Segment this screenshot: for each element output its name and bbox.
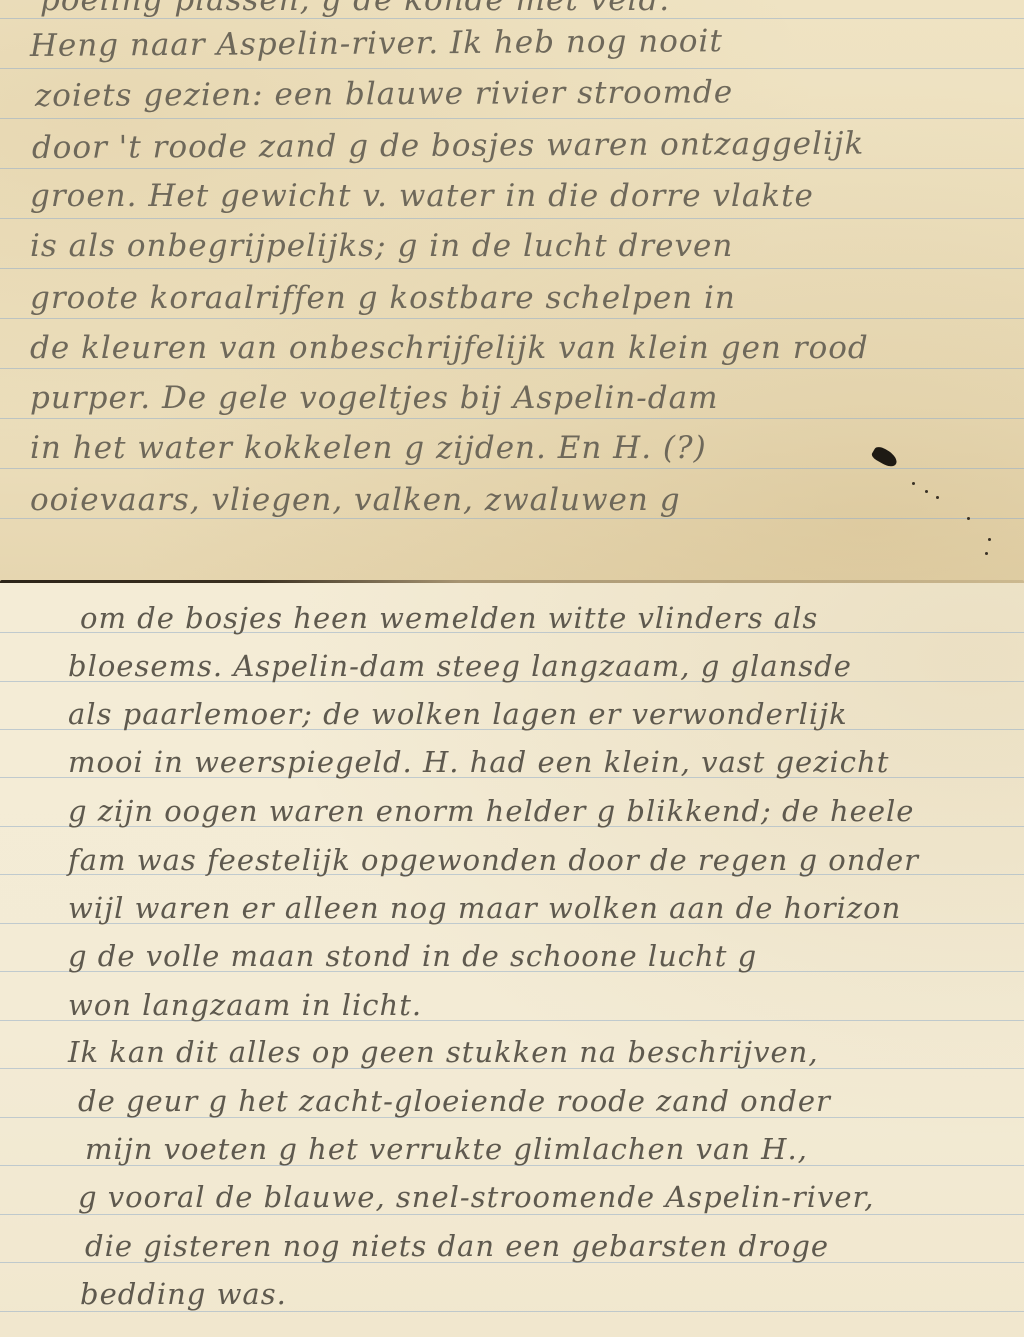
- upper-notebook-page: poeling plassen, g de konde met veld. He…: [0, 0, 1024, 583]
- rule-line: [0, 468, 1024, 469]
- handwritten-line: mooi in weerspiegeld. H. had een klein, …: [68, 745, 889, 779]
- handwritten-line: Heng naar Aspelin-river. Ik heb nog nooi…: [30, 23, 723, 64]
- handwritten-line: groote koraalriffen g kostbare schelpen …: [30, 280, 736, 316]
- handwritten-line: in het water kokkelen g zijden. En H. (?…: [30, 430, 707, 466]
- handwritten-line: g vooral de blauwe, snel-stroomende Aspe…: [78, 1180, 874, 1214]
- handwritten-line: fam was feestelijk opgewonden door de re…: [68, 843, 919, 877]
- ink-blot: [870, 444, 900, 469]
- handwritten-line: de geur g het zacht-gloeiende roode zand…: [78, 1084, 831, 1118]
- handwritten-line: zoiets gezien: een blauwe rivier stroomd…: [35, 74, 733, 114]
- rule-line: [0, 68, 1024, 69]
- handwritten-line: g zijn oogen waren enorm helder g blikke…: [68, 794, 914, 828]
- handwritten-line: poeling plassen, g de konde met veld.: [40, 0, 670, 18]
- rule-line: [0, 268, 1024, 269]
- rule-line: [0, 18, 1024, 19]
- handwritten-line: groen. Het gewicht v. water in die dorre…: [30, 178, 814, 214]
- handwritten-line: door 't roode zand g de bosjes waren ont…: [32, 126, 865, 166]
- rule-line: [0, 1311, 1024, 1312]
- handwritten-line: bedding was.: [80, 1277, 287, 1311]
- handwritten-line: bloesems. Aspelin-dam steeg langzaam, g …: [68, 649, 852, 683]
- rule-line: [0, 1214, 1024, 1215]
- ink-spatter: [912, 482, 915, 485]
- ink-spatter: [967, 517, 970, 520]
- handwritten-line: om de bosjes heen wemelden witte vlinder…: [80, 601, 818, 635]
- handwritten-line: Ik kan dit alles op geen stukken na besc…: [68, 1035, 819, 1069]
- ink-spatter: [985, 552, 988, 555]
- handwritten-line: die gisteren nog niets dan een gebarsten…: [85, 1229, 829, 1263]
- handwritten-line: ooievaars, vliegen, valken, zwaluwen g: [30, 482, 681, 518]
- lower-notebook-page: om de bosjes heen wemelden witte vlinder…: [0, 583, 1024, 1337]
- handwritten-line: purper. De gele vogeltjes bij Aspelin-da…: [30, 380, 718, 416]
- rule-line: [0, 368, 1024, 369]
- rule-line: [0, 418, 1024, 419]
- handwritten-line: wijl waren er alleen nog maar wolken aan…: [68, 891, 901, 925]
- rule-line: [0, 118, 1024, 119]
- ink-spatter: [925, 490, 928, 493]
- handwritten-line: won langzaam in licht.: [68, 988, 422, 1022]
- ink-spatter: [936, 496, 939, 499]
- rule-line: [0, 218, 1024, 219]
- rule-line: [0, 168, 1024, 169]
- handwritten-line: mijn voeten g het verrukte glimlachen va…: [85, 1132, 808, 1166]
- handwritten-line: de kleuren van onbeschrijfelijk van klei…: [30, 330, 869, 366]
- ink-spatter: [988, 538, 991, 541]
- handwritten-line: is als onbegrijpelijks; g in de lucht dr…: [30, 228, 733, 264]
- notebook-scan: poeling plassen, g de konde met veld. He…: [0, 0, 1024, 1337]
- handwritten-line: g de volle maan stond in de schoone luch…: [68, 939, 757, 973]
- rule-line: [0, 318, 1024, 319]
- rule-line: [0, 518, 1024, 519]
- handwritten-line: als paarlemoer; de wolken lagen er verwo…: [68, 697, 848, 731]
